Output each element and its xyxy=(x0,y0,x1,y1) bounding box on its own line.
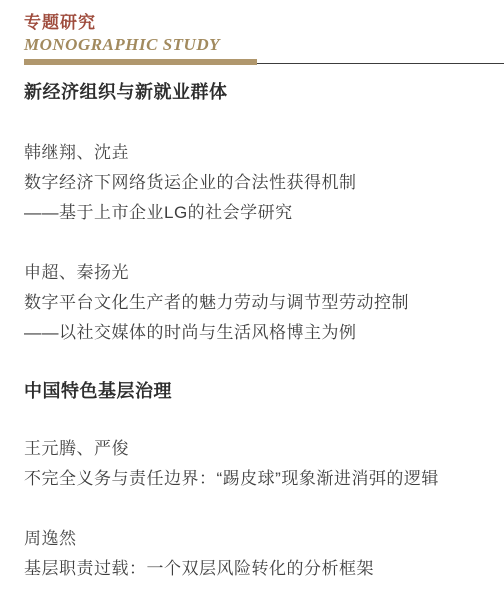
article-title: 数字平台文化生产者的魅力劳动与调节型劳动控制 xyxy=(24,288,504,318)
section-heading-grassroots-governance: 中国特色基层治理 xyxy=(24,376,504,406)
column-title-en: MONOGRAPHIC STUDY xyxy=(24,36,504,54)
article-entry: 周逸然 基层职责过载：一个双层风险转化的分析框架 xyxy=(24,524,504,584)
article-entry: 韩继翔、沈垚 数字经济下网络货运企业的合法性获得机制 ——基于上市企业LG的社会… xyxy=(24,138,504,228)
divider-thin-rule xyxy=(257,63,504,64)
article-title: 基层职责过载：一个双层风险转化的分析框架 xyxy=(24,554,504,584)
article-entry: 申超、秦扬光 数字平台文化生产者的魅力劳动与调节型劳动控制 ——以社交媒体的时尚… xyxy=(24,258,504,348)
article-authors: 申超、秦扬光 xyxy=(24,258,504,288)
journal-toc-page: 专题研究 MONOGRAPHIC STUDY 新经济组织与新就业群体 韩继翔、沈… xyxy=(0,0,504,602)
column-header: 专题研究 MONOGRAPHIC STUDY xyxy=(24,13,504,65)
article-subtitle: ——以社交媒体的时尚与生活风格博主为例 xyxy=(24,318,504,348)
section-heading-new-economy: 新经济组织与新就业群体 xyxy=(24,77,504,107)
article-title: 不完全义务与责任边界：“踢皮球”现象渐进消弭的逻辑 xyxy=(24,464,504,494)
divider-gold-bar xyxy=(24,59,257,65)
article-subtitle: ——基于上市企业LG的社会学研究 xyxy=(24,198,504,228)
article-authors: 韩继翔、沈垚 xyxy=(24,138,504,168)
article-authors: 王元腾、严俊 xyxy=(24,434,504,464)
header-divider xyxy=(24,59,504,65)
column-title-cn: 专题研究 xyxy=(24,13,504,33)
article-entry: 王元腾、严俊 不完全义务与责任边界：“踢皮球”现象渐进消弭的逻辑 xyxy=(24,434,504,494)
article-title: 数字经济下网络货运企业的合法性获得机制 xyxy=(24,168,504,198)
article-authors: 周逸然 xyxy=(24,524,504,554)
toc-body: 新经济组织与新就业群体 韩继翔、沈垚 数字经济下网络货运企业的合法性获得机制 —… xyxy=(24,77,504,584)
